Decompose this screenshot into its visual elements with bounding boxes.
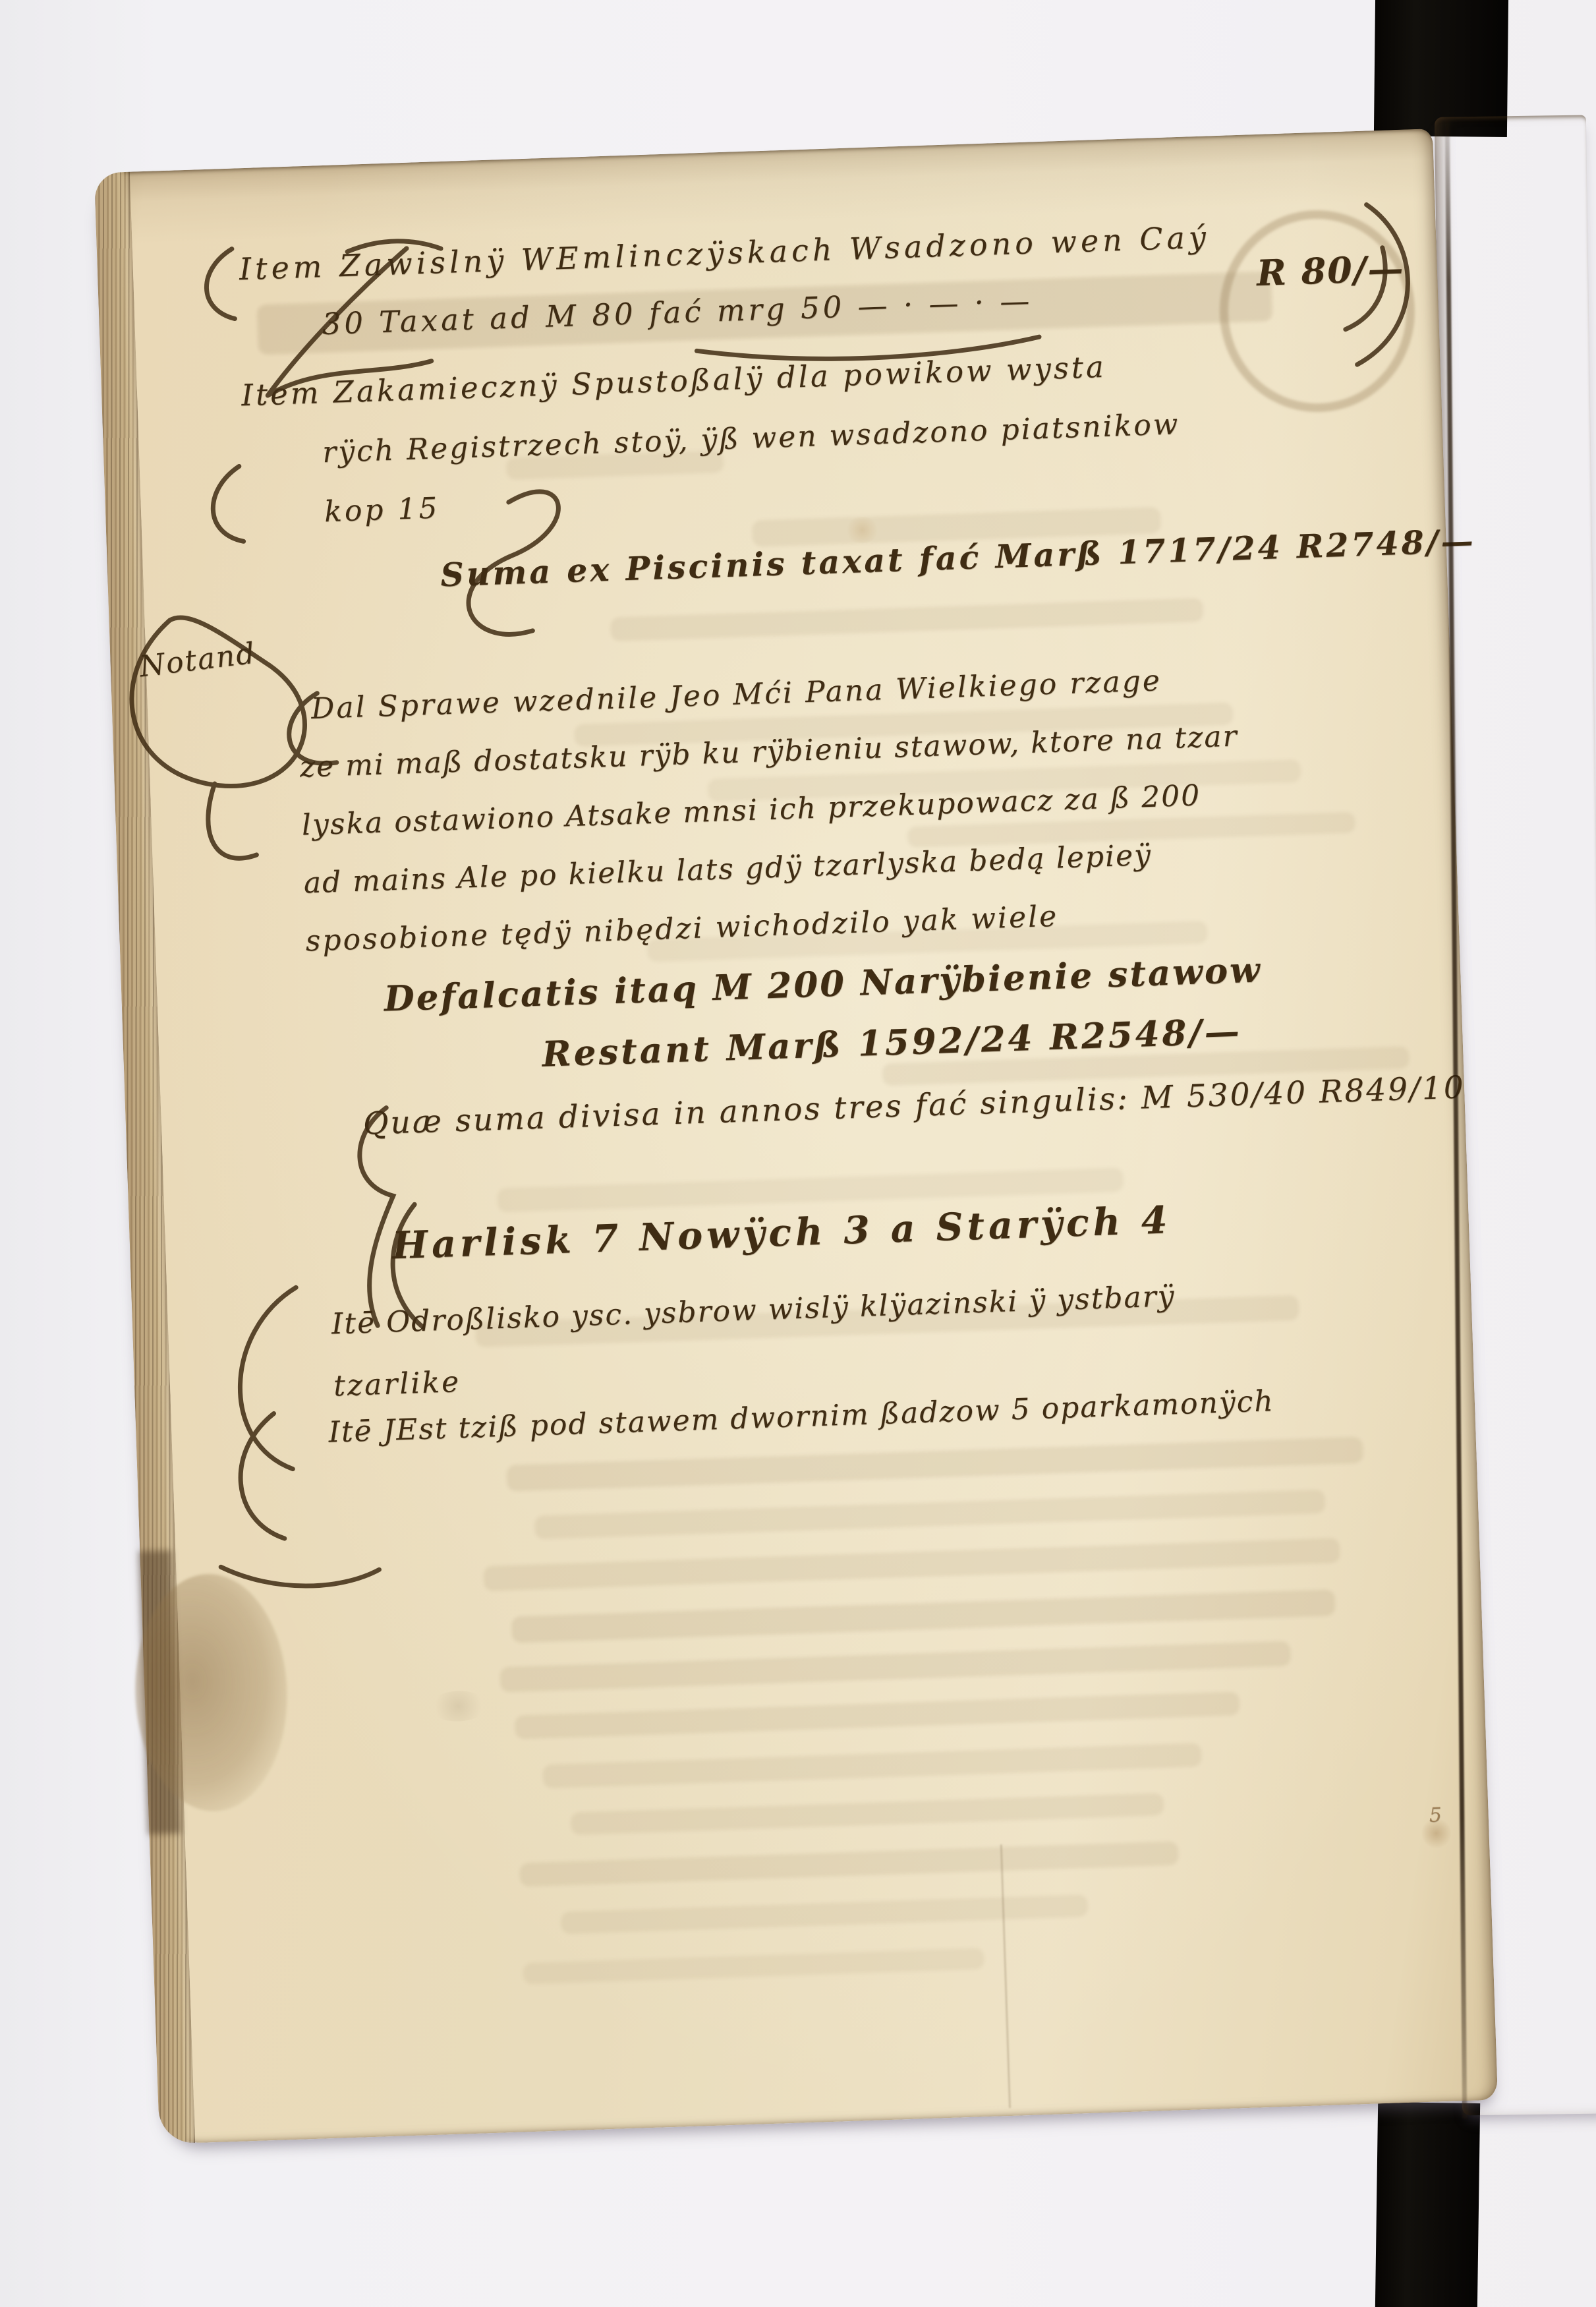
manuscript-page: Item Zawislnÿ WEmlinczÿskach Wsadzono we…	[94, 129, 1498, 2144]
stray-mark: 5	[1429, 1803, 1442, 1827]
scan-canvas: Item Zawislnÿ WEmlinczÿskach Wsadzono we…	[0, 0, 1596, 2307]
manuscript-line: tzarlike	[333, 1365, 461, 1403]
manuscript-line: kop 15	[324, 491, 440, 529]
sum-annotation: R 80/—	[1256, 247, 1406, 294]
ribbon-band-bottom	[1375, 2102, 1480, 2307]
